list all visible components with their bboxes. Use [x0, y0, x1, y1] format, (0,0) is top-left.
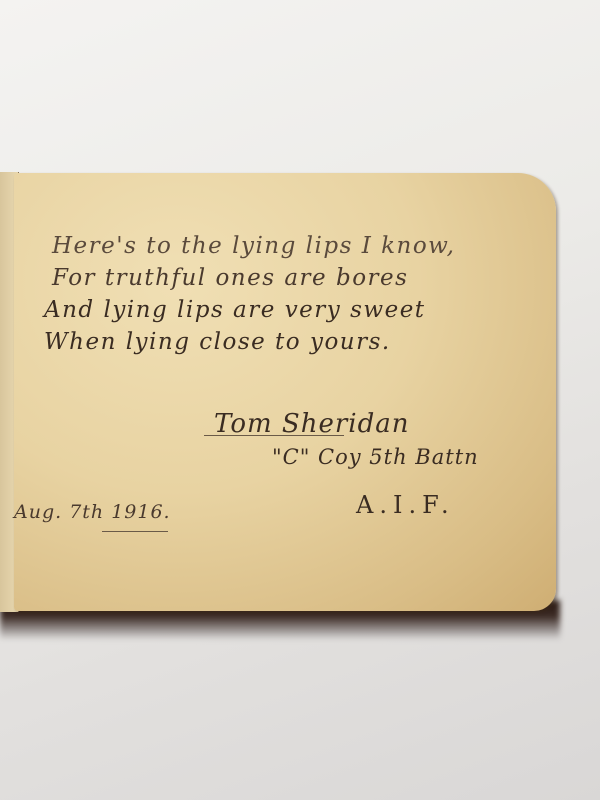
verse-line-1: Here's to the lying lips I know, [52, 233, 455, 259]
verse-line-2: For truthful ones are bores [52, 265, 408, 291]
verse-line-3: And lying lips are very sweet [44, 297, 426, 323]
book-page: Here's to the lying lips I know, For tru… [14, 173, 556, 611]
verse-line-4: When lying close to yours. [44, 329, 391, 355]
date: Aug. 7th 1916. [14, 501, 171, 523]
date-underline [102, 531, 168, 532]
signature-flourish [204, 435, 344, 436]
signature-force: A.I.F. [356, 491, 455, 519]
signature-unit: "C" Coy 5th Battn [272, 445, 479, 469]
